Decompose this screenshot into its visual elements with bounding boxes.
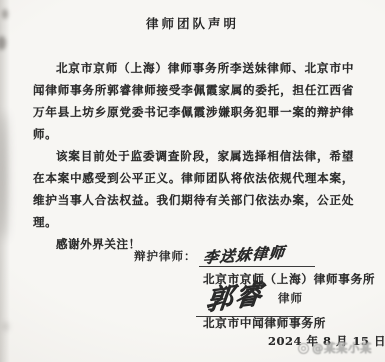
document-title: 律师团队声明 bbox=[0, 14, 385, 32]
lawyer1-signature: 李送妹律师 bbox=[201, 241, 286, 268]
weibo-watermark: @某某小某 bbox=[298, 340, 372, 356]
lawyer2-signature-row: 郭睿律师 bbox=[196, 275, 313, 317]
signature-label: 辩护律师： bbox=[134, 249, 197, 263]
weibo-logo-icon bbox=[298, 343, 309, 354]
document-body: 律师团队声明 北京市京师（上海）律师事务所李送妹律师、北京市中闻律师事务所郭睿律… bbox=[0, 14, 385, 255]
lawyer2-signature: 郭睿 bbox=[204, 271, 266, 318]
watermark-text: @某某小某 bbox=[312, 340, 372, 356]
firm2-name: 北京市中闻律师事务所 bbox=[203, 315, 326, 331]
statement-paragraph-2: 该案目前处于监委调查阶段，家属选择相信法律，希望在本案中感受到公平正义。律师团队… bbox=[33, 145, 354, 233]
lawyer2-signature-underline: 郭睿律师 bbox=[196, 275, 313, 317]
defense-lawyer-signature-row: 辩护律师：李送妹律师 bbox=[134, 244, 315, 267]
scan-smudge bbox=[3, 322, 9, 331]
lawyer2-suffix: 律师 bbox=[278, 290, 303, 306]
lawyer1-signature-underline: 李送妹律师 bbox=[199, 244, 315, 267]
statement-paragraph-1: 北京市京师（上海）律师事务所李送妹律师、北京市中闻律师事务所郭睿律师接受李佩霞家… bbox=[33, 57, 354, 145]
scanned-statement-document: 律师团队声明 北京市京师（上海）律师事务所李送妹律师、北京市中闻律师事务所郭睿律… bbox=[0, 0, 385, 362]
statement-text: 北京市京师（上海）律师事务所李送妹律师、北京市中闻律师事务所郭睿律师接受李佩霞家… bbox=[0, 57, 385, 255]
